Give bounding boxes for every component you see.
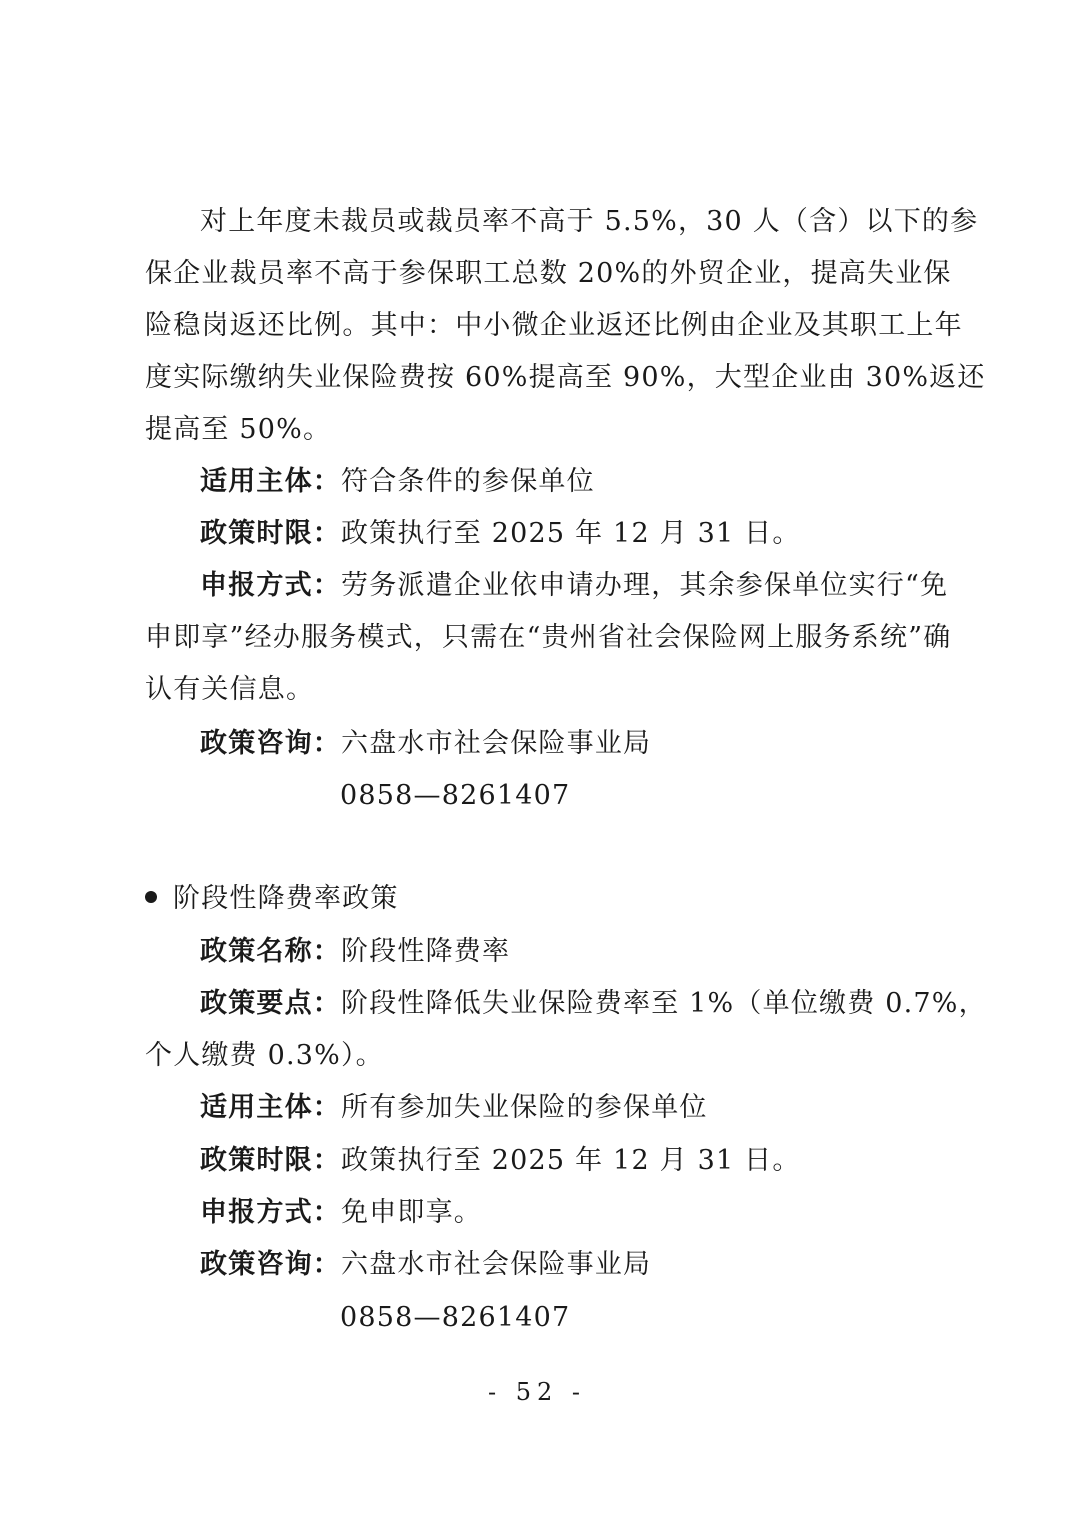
field-value: 劳务派遣企业依申请办理，其余参保单位实行“免 [341,570,948,601]
field-value: 政策执行至 2025 年 12 月 31 日。 [341,518,801,549]
field-apply: 申报方式：劳务派遣企业依申请办理，其余参保单位实行“免 [200,569,1000,603]
field-label: 政策时限： [200,518,341,549]
field-value: 阶段性降费率 [341,936,510,967]
field-label: 政策时限： [200,1145,341,1176]
field-label: 申报方式： [200,1197,341,1228]
paragraph-line: 保企业裁员率不高于参保职工总数 20%的外贸企业，提高失业保 [145,257,945,291]
field-label: 适用主体： [200,466,341,497]
field-value: 阶段性降低失业保险费率至 1%（单位缴费 0.7%， [341,988,987,1019]
field-period: 政策时限：政策执行至 2025 年 12 月 31 日。 [200,1144,1000,1178]
field-name: 政策名称：阶段性降费率 [200,935,1000,969]
field-apply: 申报方式：免申即享。 [200,1196,1000,1230]
paragraph-line: 险稳岗返还比例。其中：中小微企业返还比例由企业及其职工上年 [145,309,945,343]
field-value: 六盘水市社会保险事业局 [341,728,651,759]
field-label: 政策要点： [200,988,341,1019]
field-apply-cont: 认有关信息。 [145,673,945,707]
field-period: 政策时限：政策执行至 2025 年 12 月 31 日。 [200,517,1000,551]
field-label: 政策名称： [200,936,341,967]
page-number: - 52 - [0,1378,1074,1406]
bullet-icon [145,891,157,903]
consult-phone: 0858—8261407 [340,1301,1074,1335]
field-label: 适用主体： [200,1092,341,1123]
document-page: 对上年度未裁员或裁员率不高于 5.5%，30 人（含）以下的参 保企业裁员率不高… [0,0,1074,1520]
field-consult: 政策咨询：六盘水市社会保险事业局 [200,727,1000,761]
consult-phone: 0858—8261407 [340,779,1074,813]
field-subject: 适用主体：所有参加失业保险的参保单位 [200,1091,1000,1125]
field-label: 政策咨询： [200,728,341,759]
field-value: 所有参加失业保险的参保单位 [341,1092,708,1123]
paragraph-line: 提高至 50%。 [145,413,945,447]
paragraph-line: 对上年度未裁员或裁员率不高于 5.5%，30 人（含）以下的参 [200,205,1000,239]
field-apply-cont: 申即享”经办服务模式，只需在“贵州省社会保险网上服务系统”确 [145,621,945,655]
section-heading: 阶段性降费率政策 [145,882,945,916]
field-value: 政策执行至 2025 年 12 月 31 日。 [341,1145,801,1176]
field-value: 六盘水市社会保险事业局 [341,1249,651,1280]
field-consult: 政策咨询：六盘水市社会保险事业局 [200,1248,1000,1282]
field-points: 政策要点：阶段性降低失业保险费率至 1%（单位缴费 0.7%， [200,987,1000,1021]
field-points-cont: 个人缴费 0.3%）。 [145,1039,945,1073]
field-label: 政策咨询： [200,1249,341,1280]
field-subject: 适用主体：符合条件的参保单位 [200,465,1000,499]
field-value: 免申即享。 [341,1197,482,1228]
paragraph-line: 度实际缴纳失业保险费按 60%提高至 90%，大型企业由 30%返还 [145,361,945,395]
field-value: 符合条件的参保单位 [341,466,595,497]
field-label: 申报方式： [200,570,341,601]
section-heading-text: 阶段性降费率政策 [173,883,399,914]
